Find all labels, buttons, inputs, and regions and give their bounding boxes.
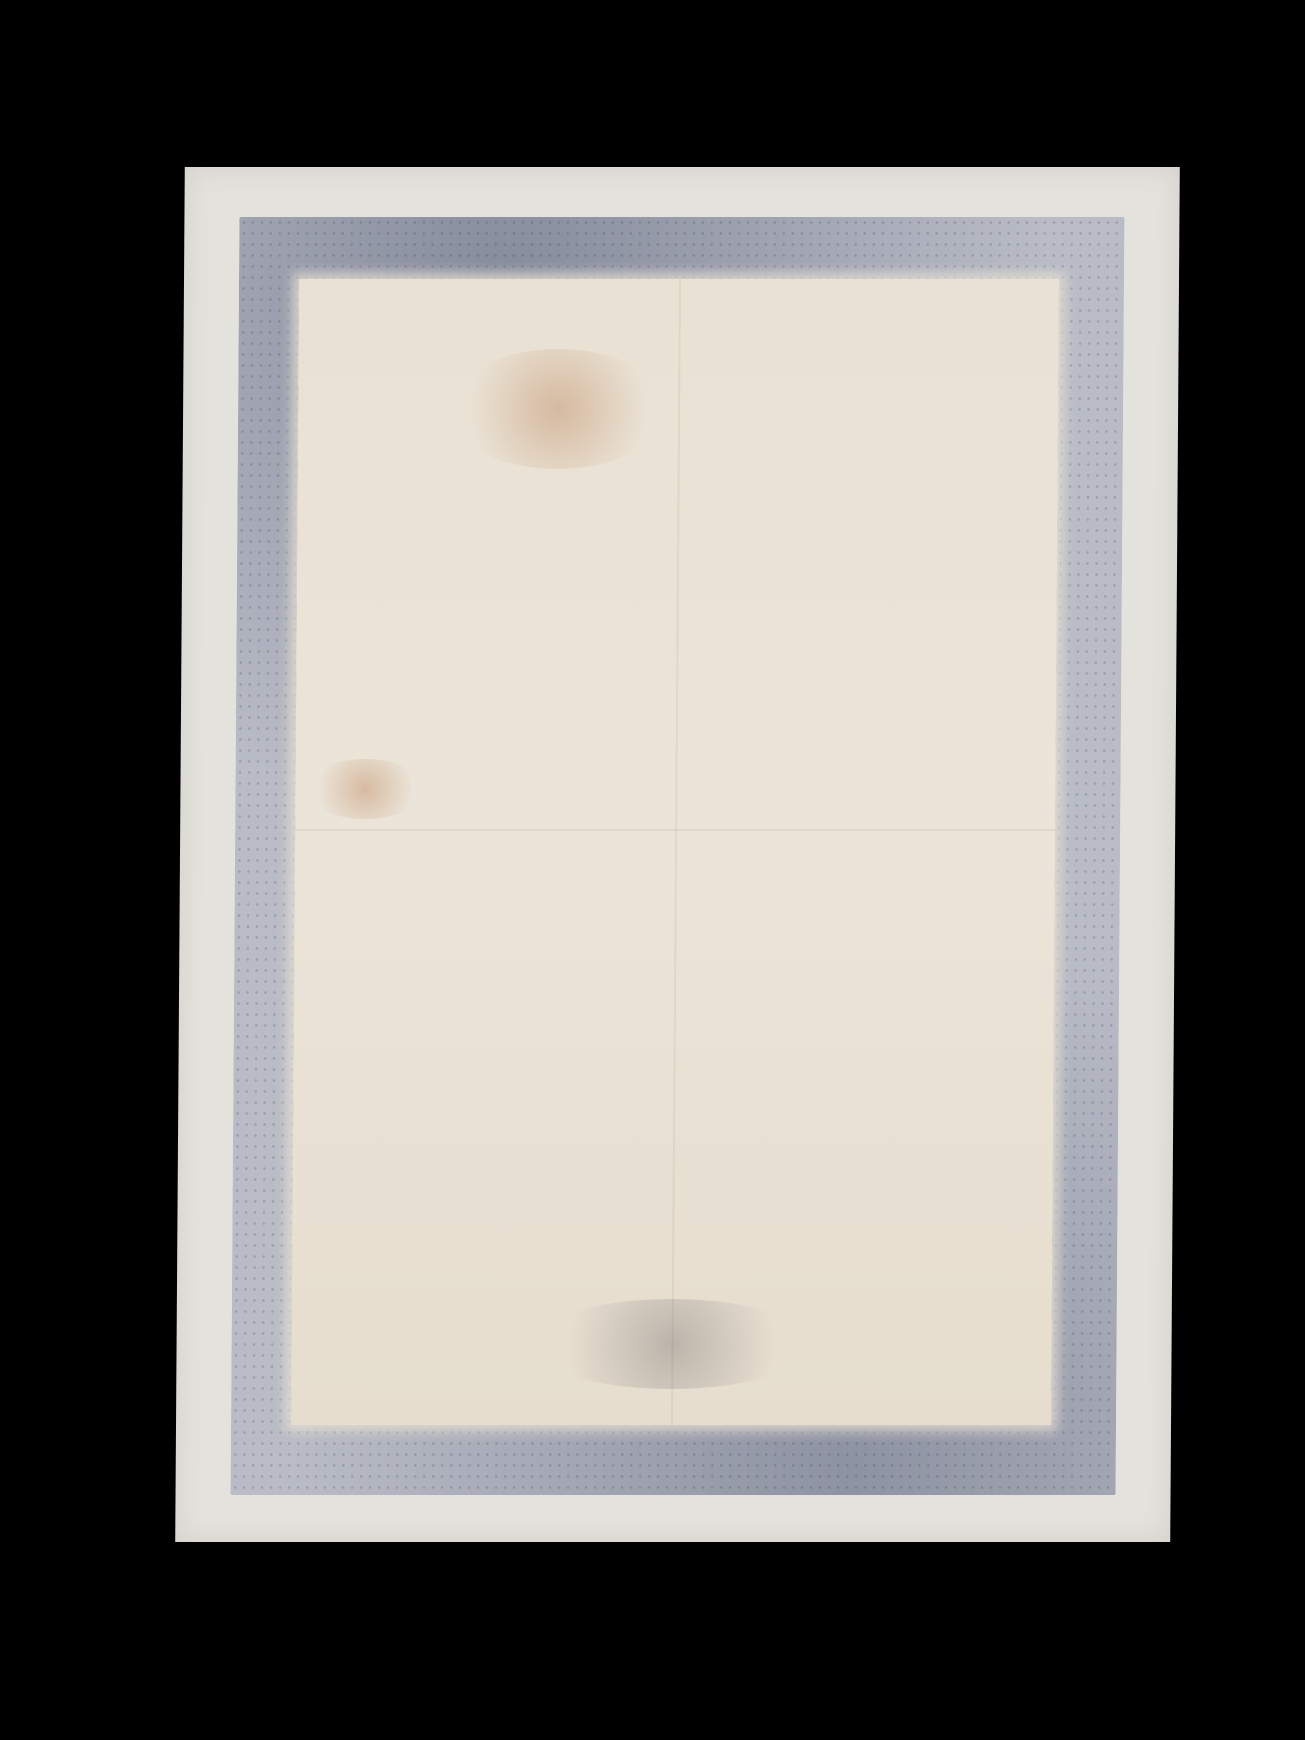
fabric-sheet — [175, 167, 1180, 1542]
rust-stain-mid-left — [305, 759, 425, 819]
fold-line-vertical — [671, 279, 681, 1425]
speckle-bottom — [531, 1299, 812, 1389]
blue-ink-border — [231, 217, 1125, 1495]
inner-field — [291, 279, 1059, 1425]
fold-line-horizontal — [295, 829, 1055, 831]
rust-stain-top — [448, 349, 669, 469]
